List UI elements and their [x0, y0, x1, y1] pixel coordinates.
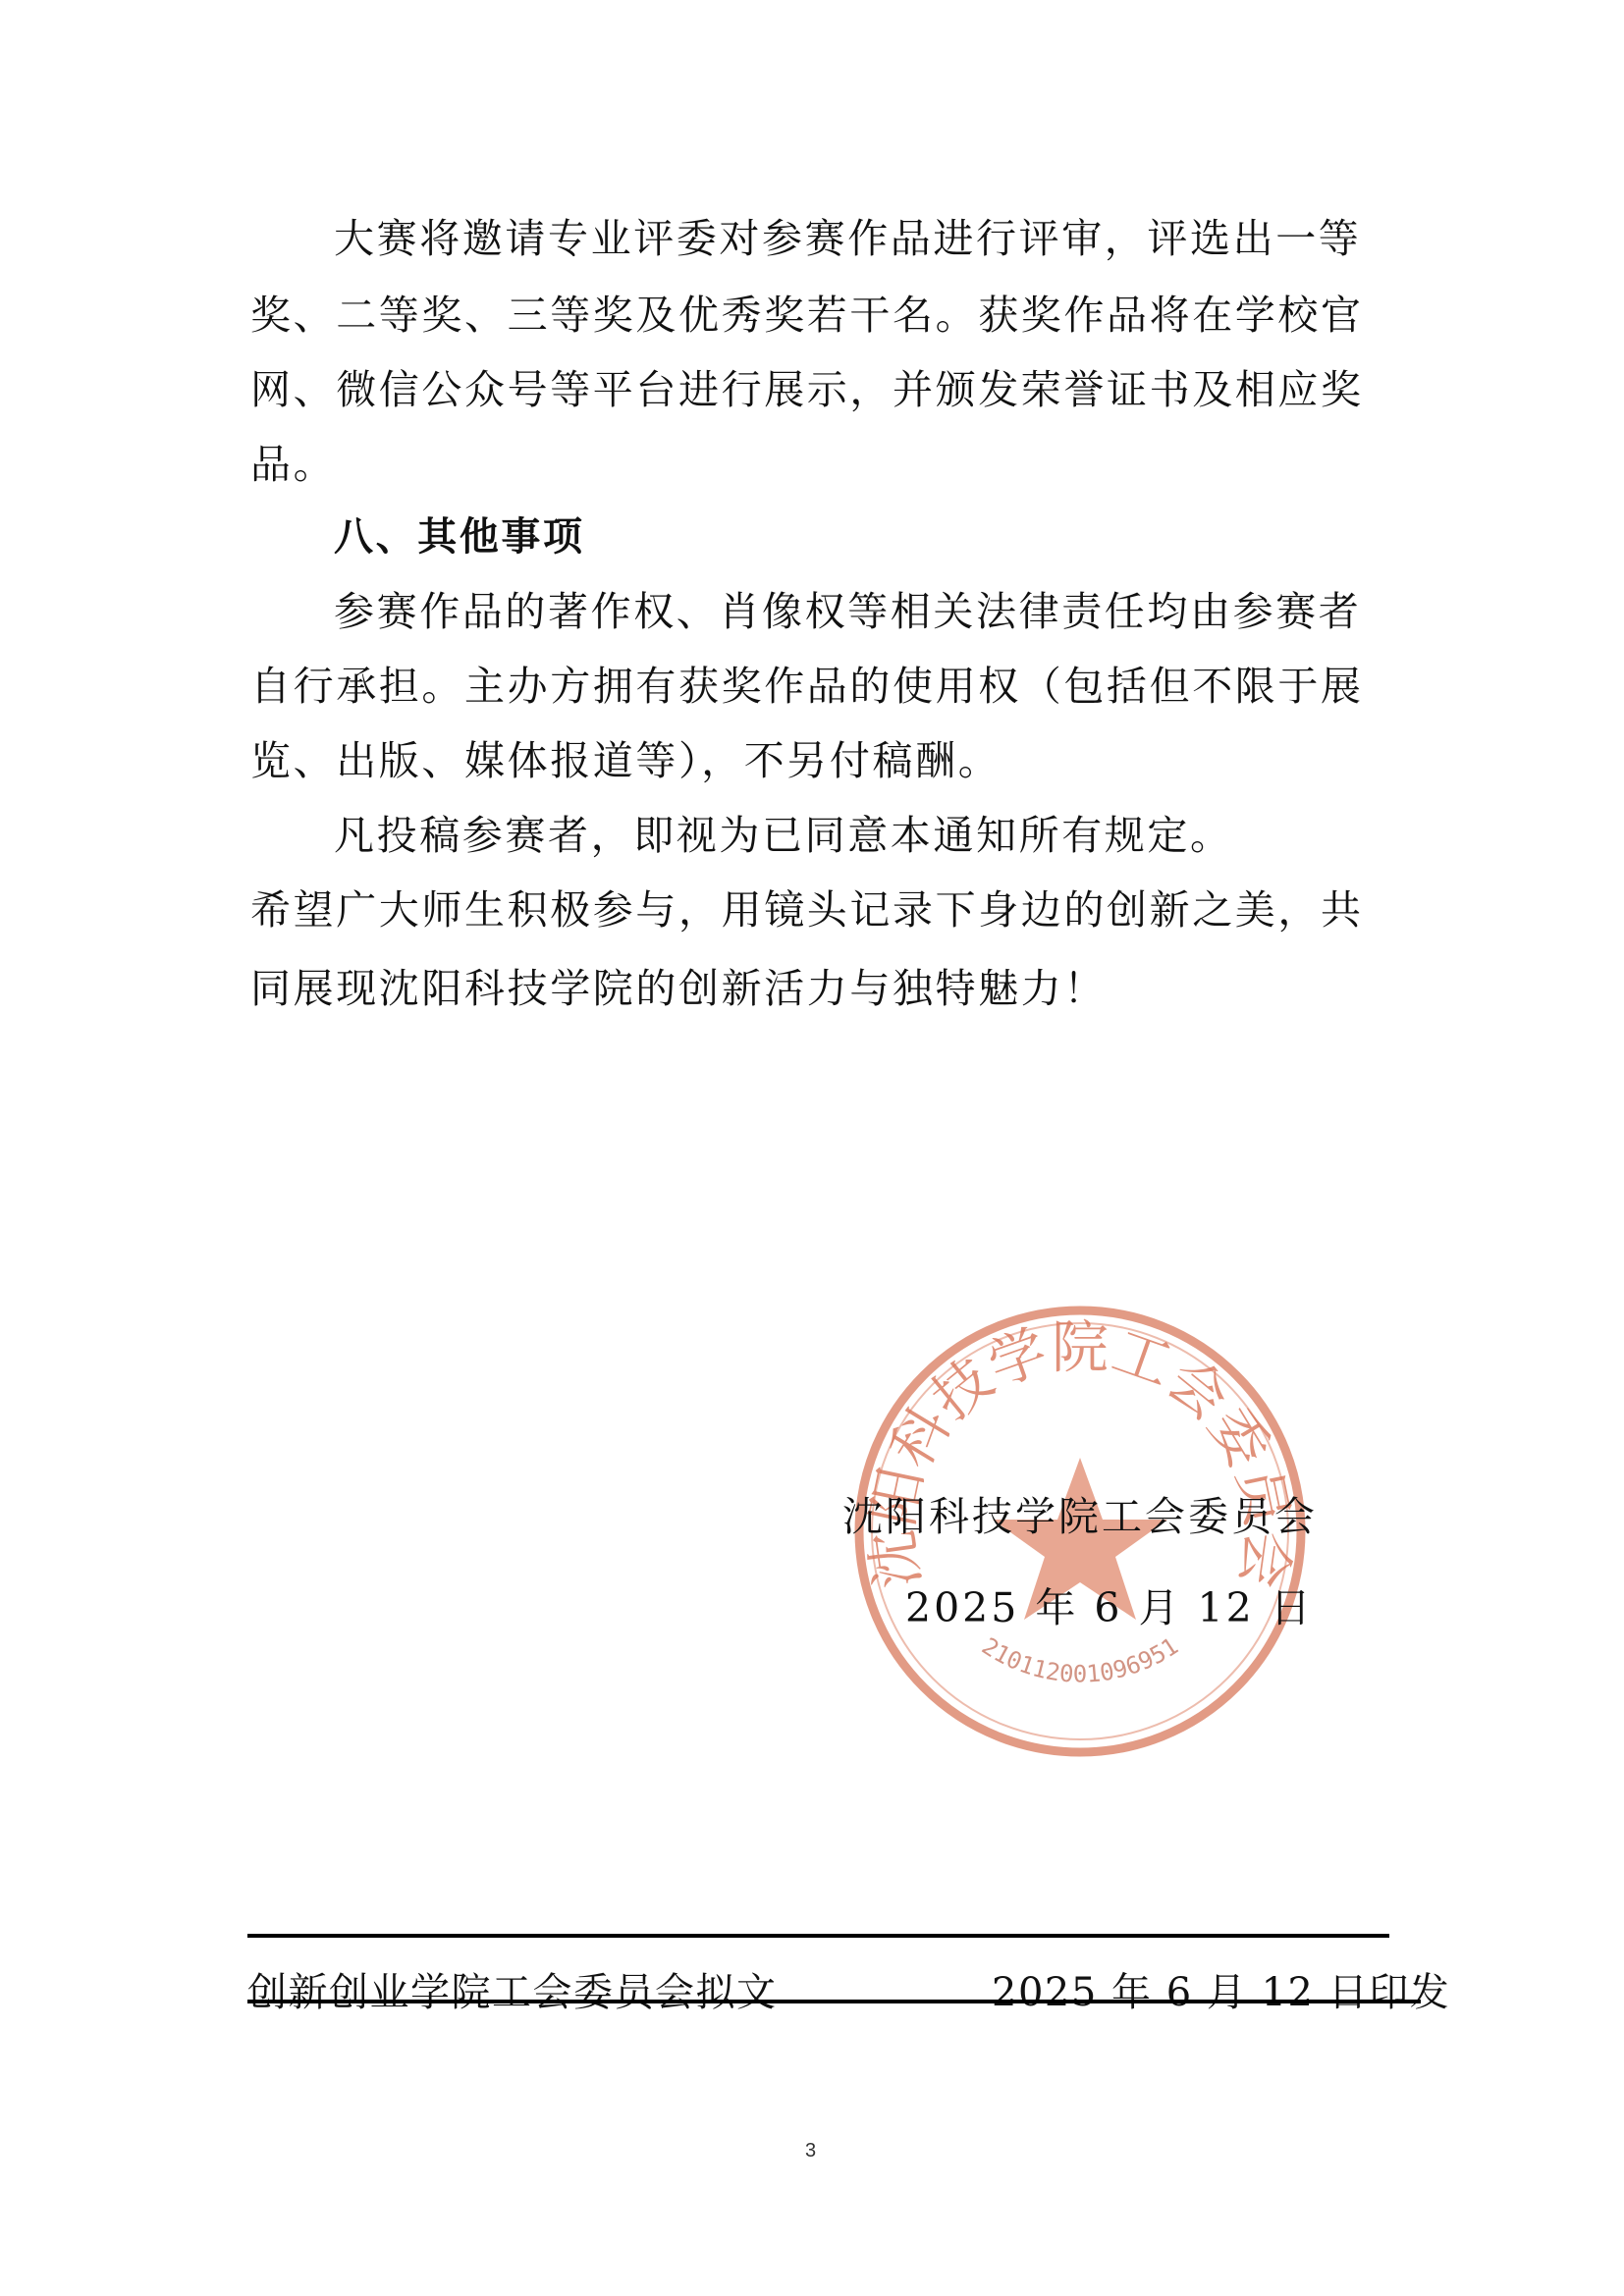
body-line: 希望广大师生积极参与，用镜头记录下身边的创新之美，共	[250, 885, 1389, 934]
footer-bottom-rule	[247, 2000, 1421, 2003]
body-line: 自行承担。主办方拥有获奖作品的使用权（包括但不限于展	[250, 662, 1389, 711]
page-number: 3	[805, 2140, 816, 2163]
body-line: 网、微信公众号等平台进行展示，并颁发荣誉证书及相应奖	[250, 365, 1389, 414]
document-page: 大赛将邀请专业评委对参赛作品进行评审，评选出一等 奖、二等奖、三等奖及优秀奖若干…	[0, 0, 1624, 2296]
body-line: 参赛作品的著作权、肖像权等相关法律责任均由参赛者	[334, 587, 1473, 636]
seal-serial: 210112001096951	[977, 1632, 1183, 1688]
signature-date: 2025 年 6 月 12 日	[905, 1575, 1314, 1633]
footer-top-rule	[247, 1934, 1389, 1938]
section-heading: 八、其他事项	[334, 512, 1473, 561]
body-line: 览、出版、媒体报道等），不另付稿酬。	[250, 736, 1389, 785]
body-line: 奖、二等奖、三等奖及优秀奖若干名。获奖作品将在学校官	[250, 291, 1389, 340]
signature-organization: 沈阳科技学院工会委员会	[842, 1484, 1318, 1542]
body-line: 品。	[250, 440, 1389, 489]
footer-issue-date: 2025 年 6 月 12 日印发	[992, 1961, 1450, 2017]
body-line: 同展现沈阳科技学院的创新活力与独特魅力！	[250, 964, 1389, 1013]
footer-drafter: 创新创业学院工会委员会拟文	[247, 1961, 778, 2017]
body-line: 大赛将邀请专业评委对参赛作品进行评审，评选出一等	[334, 214, 1473, 263]
svg-text:210112001096951: 210112001096951	[977, 1632, 1183, 1688]
body-line: 凡投稿参赛者，即视为已同意本通知所有规定。	[334, 811, 1473, 860]
